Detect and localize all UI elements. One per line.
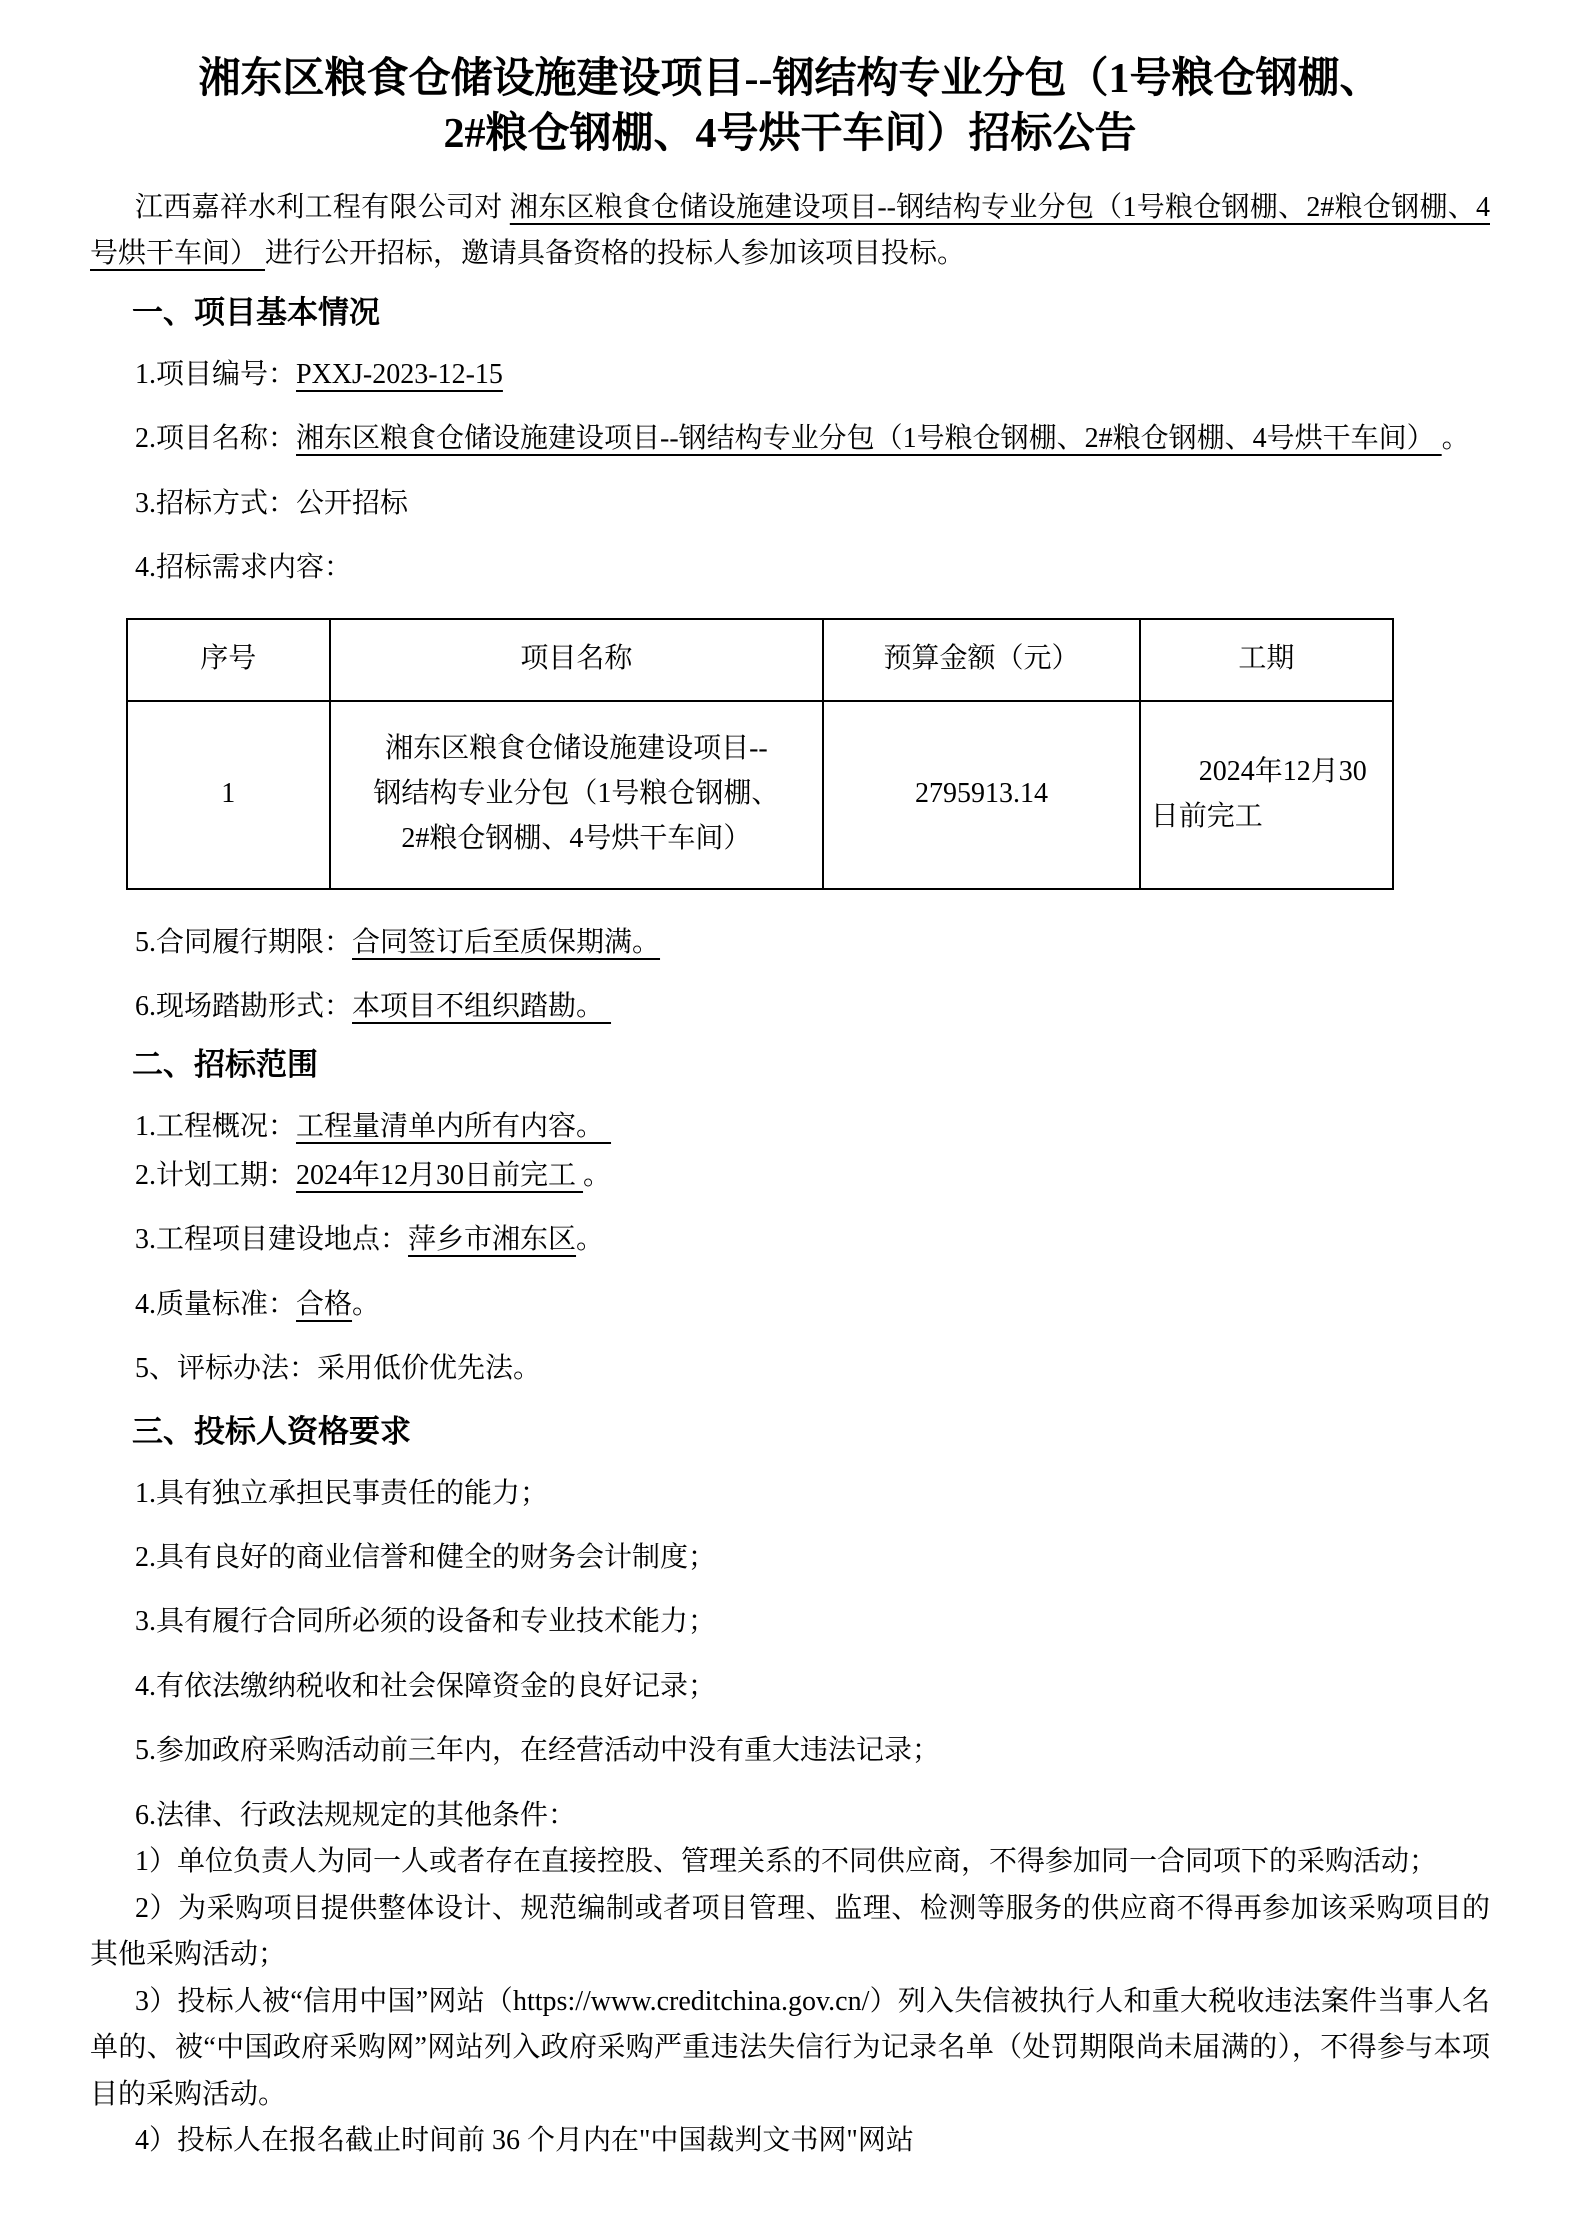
qualification-item-3: 3.具有履行合同所必须的设备和专业技术能力； (90, 1599, 1490, 1645)
item-quality-standard-label: 4.质量标准： (135, 1289, 296, 1320)
qualification-item-6: 6.法律、行政法规规定的其他条件： (90, 1793, 1490, 1839)
qualification-item-5: 5.参加政府采购活动前三年内，在经营活动中没有重大违法记录； (90, 1728, 1490, 1774)
table-cell-name: 湘东区粮食仓储设施建设项目-- 钢结构专业分包（1号粮仓钢棚、 2#粮仓钢棚、4… (330, 701, 824, 889)
item-quality-standard: 4.质量标准：合格。 (90, 1282, 1490, 1328)
table-header-no: 序号 (127, 619, 330, 701)
requirements-table: 序号 项目名称 预算金额（元） 工期 1 湘东区粮食仓储设施建设项目-- 钢结构… (126, 618, 1394, 890)
table-header-duration: 工期 (1140, 619, 1393, 701)
item-planned-duration: 2.计划工期：2024年12月30日前完工 。 (90, 1153, 1490, 1199)
qualification-subitem-4: 4）投标人在报名截止时间前 36 个月内在"中国裁判文书网"网站 (90, 2118, 1490, 2164)
item-location-suffix: 。 (576, 1224, 604, 1255)
item-project-name-suffix: 。 (1442, 423, 1470, 454)
qualification-subitem-3: 3）投标人被“信用中国”网站（https://www.creditchina.g… (90, 1979, 1490, 2118)
item-contract-period: 5.合同履行期限：合同签订后至质保期满。 (90, 920, 1490, 966)
doc-title-line2: 2#粮仓钢棚、4号烘干车间）招标公告 (110, 107, 1470, 162)
item-project-overview-value: 工程量清单内所有内容。 (296, 1111, 611, 1142)
item-contract-period-value: 合同签订后至质保期满。 (352, 927, 660, 958)
item-location-label: 3.工程项目建设地点： (135, 1224, 408, 1255)
qualification-subitem-2: 2）为采购项目提供整体设计、规范编制或者项目管理、监理、检测等服务的供应商不得再… (90, 1886, 1490, 1979)
item-project-name: 2.项目名称：湘东区粮食仓储设施建设项目--钢结构专业分包（1号粮仓钢棚、2#粮… (90, 416, 1490, 462)
item-planned-duration-label: 2.计划工期： (135, 1160, 296, 1191)
table-header-row: 序号 项目名称 预算金额（元） 工期 (127, 619, 1393, 701)
item-project-name-value: 湘东区粮食仓储设施建设项目--钢结构专业分包（1号粮仓钢棚、2#粮仓钢棚、4号烘… (296, 423, 1442, 454)
item-location-value: 萍乡市湘东区 (408, 1224, 576, 1255)
doc-title: 湘东区粮食仓储设施建设项目--钢结构专业分包（1号粮仓钢棚、 2#粮仓钢棚、4号… (110, 52, 1470, 163)
item-quality-standard-value: 合格 (296, 1289, 352, 1320)
item-location: 3.工程项目建设地点：萍乡市湘东区。 (90, 1217, 1490, 1263)
item-quality-standard-suffix: 。 (352, 1289, 380, 1320)
item-project-number-value: PXXJ-2023-12-15 (296, 359, 503, 390)
item-project-overview: 1.工程概况：工程量清单内所有内容。 (90, 1104, 1490, 1150)
item-bid-method: 3.招标方式：公开招标 (90, 481, 1490, 527)
item-bid-requirements: 4.招标需求内容： (90, 545, 1490, 591)
item-site-survey-label: 6.现场踏勘形式： (135, 991, 352, 1022)
qualification-item-2: 2.具有良好的商业信誉和健全的财务会计制度； (90, 1535, 1490, 1581)
item-planned-duration-value: 2024年12月30日前完工 (296, 1160, 583, 1191)
item-project-overview-label: 1.工程概况： (135, 1111, 296, 1142)
qualification-item-1: 1.具有独立承担民事责任的能力； (90, 1471, 1490, 1517)
section2-heading: 二、招标范围 (90, 1044, 1490, 1086)
item-planned-duration-suffix: 。 (583, 1160, 611, 1191)
item-site-survey: 6.现场踏勘形式：本项目不组织踏勘。 (90, 984, 1490, 1030)
document-page: 湘东区粮食仓储设施建设项目--钢结构专业分包（1号粮仓钢棚、 2#粮仓钢棚、4号… (0, 0, 1580, 2238)
section3-heading: 三、投标人资格要求 (90, 1411, 1490, 1453)
section1-heading: 一、项目基本情况 (90, 292, 1490, 334)
item-project-name-label: 2.项目名称： (135, 423, 296, 454)
item-site-survey-value: 本项目不组织踏勘。 (352, 991, 611, 1022)
table-row: 1 湘东区粮食仓储设施建设项目-- 钢结构专业分包（1号粮仓钢棚、 2#粮仓钢棚… (127, 701, 1393, 889)
table-cell-budget: 2795913.14 (823, 701, 1140, 889)
table-header-budget: 预算金额（元） (823, 619, 1140, 701)
item-contract-period-label: 5.合同履行期限： (135, 927, 352, 958)
intro-suffix: 进行公开招标，邀请具备资格的投标人参加该项目投标。 (265, 238, 965, 269)
qualification-item-4: 4.有依法缴纳税收和社会保障资金的良好记录； (90, 1664, 1490, 1710)
table-cell-no: 1 (127, 701, 330, 889)
item-project-number: 1.项目编号：PXXJ-2023-12-15 (90, 352, 1490, 398)
table-cell-duration: 2024年12月30 日前完工 (1140, 701, 1393, 889)
intro-prefix: 江西嘉祥水利工程有限公司对 (135, 192, 510, 223)
table-header-name: 项目名称 (330, 619, 824, 701)
item-evaluation-method: 5、评标办法：采用低价优先法。 (90, 1346, 1490, 1392)
doc-title-line1: 湘东区粮食仓储设施建设项目--钢结构专业分包（1号粮仓钢棚、 (110, 52, 1470, 107)
qualification-subitem-1: 1）单位负责人为同一人或者存在直接控股、管理关系的不同供应商，不得参加同一合同项… (90, 1839, 1490, 1885)
intro-paragraph: 江西嘉祥水利工程有限公司对 湘东区粮食仓储设施建设项目--钢结构专业分包（1号粮… (90, 185, 1490, 278)
item-project-number-label: 1.项目编号： (135, 359, 296, 390)
